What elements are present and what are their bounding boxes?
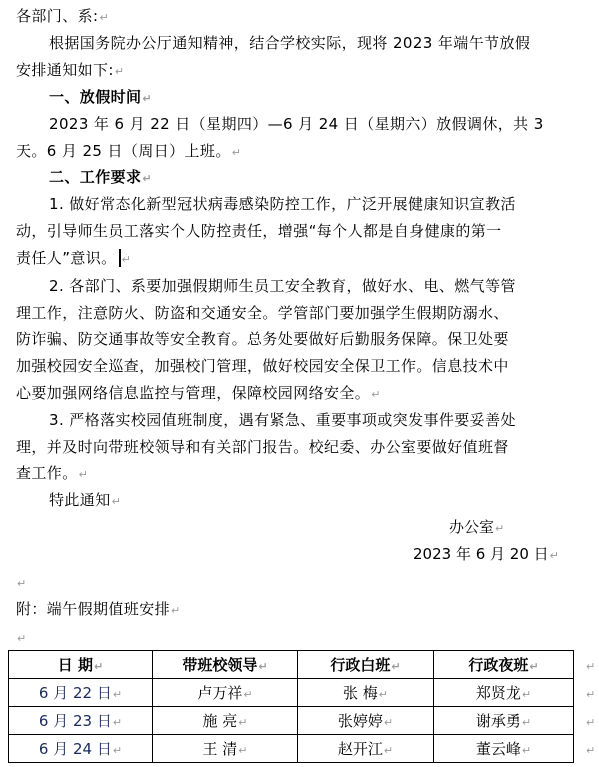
header-day-shift[interactable]: 行政白班↵ (298, 651, 434, 679)
empty-paragraph: ↵ (16, 569, 27, 595)
cell-date[interactable]: 6 月 24 日↵ (9, 735, 153, 763)
cell-leader[interactable]: 施 亮↵ (153, 707, 298, 735)
section-1-line-1: 2023 年 6 月 22 日（星期四）—6 月 24 日（星期六）放假调休，共… (49, 111, 544, 137)
paragraph-mark-icon: ↵ (17, 632, 27, 645)
paragraph-mark-icon: ↵ (142, 92, 152, 105)
cell-day-shift[interactable]: 赵开江↵ (298, 735, 434, 763)
table-header-row: 日 期↵ 带班校领导↵ 行政白班↵ 行政夜班↵ (9, 651, 574, 679)
item-3-line-3: 查工作。↵ (16, 460, 88, 486)
table-row: 6 月 23 日↵ 施 亮↵ 张婷婷↵ 谢承勇↵ (9, 707, 574, 735)
closing-text: 特此通知↵ (49, 487, 121, 513)
paragraph-mark-icon: ↵ (17, 577, 27, 590)
signature-office: 办公室↵ (449, 514, 504, 542)
signature-date: 2023 年 6 月 20 日↵ (413, 541, 559, 569)
paragraph-mark-icon: ↵ (371, 388, 381, 401)
paragraph-mark-icon: ↵ (142, 172, 152, 185)
item-2-line-1: 2. 各部门、系要加强假期师生员工安全教育，做好水、电、燃气等管 (49, 273, 516, 299)
intro-line-1: 根据国务院办公厅通知精神，结合学校实际，现将 2023 年端午节放假 (49, 30, 530, 56)
row-end-mark-icon: ↵ (586, 660, 595, 673)
paragraph-mark-icon: ↵ (122, 253, 132, 266)
row-end-mark-icon: ↵ (586, 716, 595, 729)
item-3-line-1: 3. 严格落实校园值班制度，遇有紧急、重要事项或突发事件要妥善处 (49, 407, 516, 433)
section-1-heading: 一、放假时间↵ (49, 84, 152, 110)
row-end-mark-icon: ↵ (586, 744, 595, 757)
header-leader[interactable]: 带班校领导↵ (153, 651, 298, 679)
table-row: 6 月 22 日↵ 卢万祥↵ 张 梅↵ 郑贤龙↵ (9, 679, 574, 707)
cell-leader[interactable]: 王 清↵ (153, 735, 298, 763)
paragraph-mark-icon: ↵ (99, 11, 109, 24)
item-3-line-2: 理，并及时向带班校领导和有关部门报告。校纪委、办公室要做好值班督 (16, 434, 509, 460)
cell-night-shift[interactable]: 郑贤龙↵ (434, 679, 574, 707)
duty-schedule-table: 日 期↵ 带班校领导↵ 行政白班↵ 行政夜班↵ 6 月 22 日↵ 卢万祥↵ 张… (8, 650, 574, 763)
paragraph-mark-icon: ↵ (495, 522, 504, 535)
item-1-line-2: 动，引导师生员工落实个人防控责任，增强“每个人都是自身健康的第一 (16, 218, 502, 244)
cell-night-shift[interactable]: 董云峰↵ (434, 735, 574, 763)
table-row: 6 月 24 日↵ 王 清↵ 赵开江↵ 董云峰↵ (9, 735, 574, 763)
paragraph-mark-icon: ↵ (550, 549, 559, 562)
paragraph-mark-icon: ↵ (232, 146, 242, 159)
item-2-line-2: 理工作，注意防火、防盗和交通安全。学管部门要加强学生假期防溺水、 (16, 300, 509, 326)
cell-day-shift[interactable]: 张婷婷↵ (298, 707, 434, 735)
item-2-line-5: 心要加强网络信息监控与管理，保障校园网络安全。↵ (16, 380, 381, 406)
row-end-mark-icon: ↵ (586, 688, 595, 701)
empty-paragraph: ↵ (16, 624, 27, 650)
cell-leader[interactable]: 卢万祥↵ (153, 679, 298, 707)
cell-date[interactable]: 6 月 23 日↵ (9, 707, 153, 735)
cell-day-shift[interactable]: 张 梅↵ (298, 679, 434, 707)
item-2-line-4: 加强校园安全巡查，加强校门管理，做好校园安全保卫工作。信息技术中 (16, 353, 509, 379)
paragraph-mark-icon: ↵ (171, 604, 181, 617)
item-1-line-1: 1. 做好常态化新型冠状病毒感染防控工作，广泛开展健康知识宣教活 (49, 191, 516, 217)
paragraph-mark-icon: ↵ (115, 65, 125, 78)
paragraph-mark-icon: ↵ (112, 495, 122, 508)
intro-line-2: 安排通知如下:↵ (16, 57, 124, 83)
cell-night-shift[interactable]: 谢承勇↵ (434, 707, 574, 735)
text-cursor (119, 249, 121, 267)
item-1-line-3: 责任人”意识。↵ (16, 245, 131, 271)
attachment-title: 附：端午假期值班安排↵ (16, 596, 181, 622)
section-1-line-2: 天。6 月 25 日（周日）上班。↵ (16, 138, 241, 164)
item-2-line-3: 防诈骗、防交通事故等安全教育。总务处要做好后勤服务保障。保卫处要 (16, 326, 509, 352)
header-night-shift[interactable]: 行政夜班↵ (434, 651, 574, 679)
section-2-heading: 二、工作要求↵ (49, 164, 152, 190)
salutation: 各部门、系:↵ (16, 3, 109, 29)
header-date[interactable]: 日 期↵ (9, 651, 153, 679)
paragraph-mark-icon: ↵ (79, 468, 89, 481)
cell-date[interactable]: 6 月 22 日↵ (9, 679, 153, 707)
